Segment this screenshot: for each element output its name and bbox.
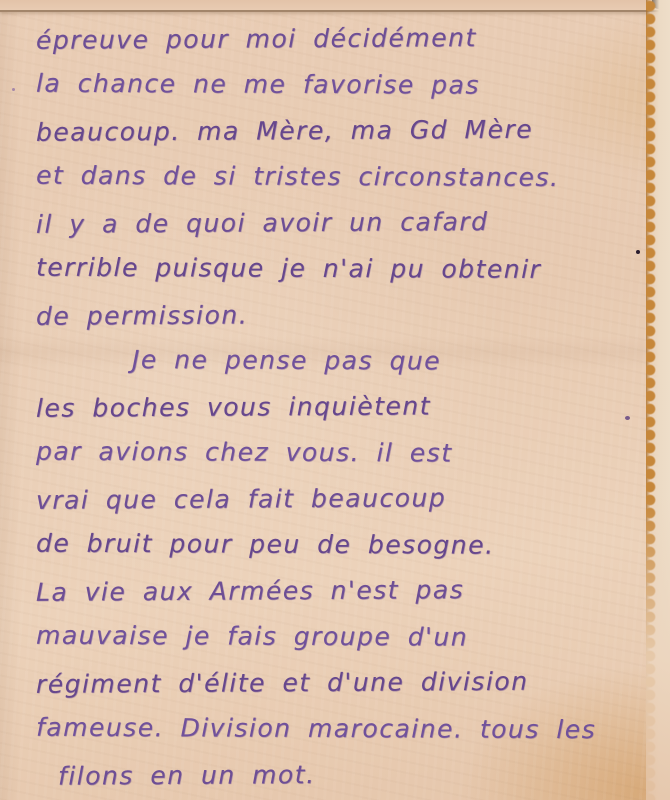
letter-line: fameuse. Division marocaine. tous les <box>36 705 630 754</box>
letter-line: épreuve pour moi décidément <box>36 14 630 64</box>
letter-line: la chance ne me favorise pas <box>36 61 630 110</box>
letter-line: Je ne pense pas que <box>36 337 630 386</box>
fold-crease <box>0 0 670 12</box>
letter-line: mauvaise je fais groupe d'un <box>36 613 630 662</box>
letter-line: de bruit pour peu de besogne. <box>36 521 630 570</box>
letter-body: épreuve pour moi décidément la chance ne… <box>36 16 630 798</box>
letter-line: il y a de quoi avoir un cafard <box>36 198 630 248</box>
letter-line: La vie aux Armées n'est pas <box>36 566 630 616</box>
ink-speck <box>12 88 15 91</box>
letter-line: et dans de si tristes circonstances. <box>36 153 630 202</box>
ink-speck <box>636 250 640 254</box>
letter-line: de permission. <box>36 290 630 340</box>
letter-line: régiment d'élite et d'une division <box>36 658 630 708</box>
deckle-edge <box>646 0 670 800</box>
letter-line: les boches vous inquiètent <box>36 382 630 432</box>
letter-line: vrai que cela fait beaucoup <box>36 474 630 524</box>
edge-fade <box>646 0 670 800</box>
letter-line: par avions chez vous. il est <box>36 429 630 478</box>
letter-line: beaucoup. ma Mère, ma Gd Mère <box>36 106 630 156</box>
ink-speck <box>625 416 630 420</box>
letter-line: filons en un mot. <box>36 750 630 800</box>
letter-line: terrible puisque je n'ai pu obtenir <box>36 245 630 294</box>
paper-sheet: épreuve pour moi décidément la chance ne… <box>0 0 670 800</box>
